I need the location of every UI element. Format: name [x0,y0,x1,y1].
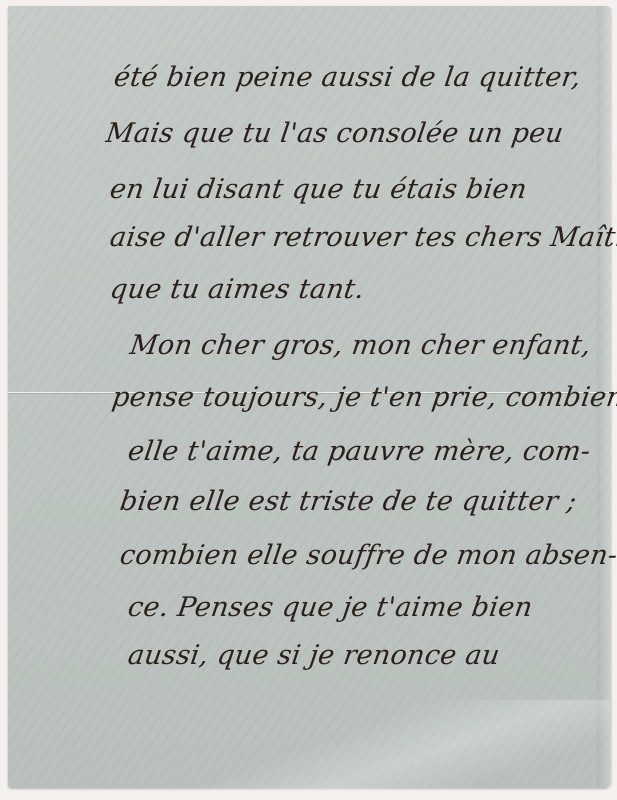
letter-line-7: pense toujours, je t'en prie, combien [110,382,617,413]
letter-line-1: été bien peine aussi de la quitter, [112,62,583,93]
letter-line-11: ce. Penses que je t'aime bien [126,592,535,623]
letter-line-3: en lui disant que tu étais bien [108,174,529,205]
letter-line-8: elle t'aime, ta pauvre mère, com- [126,436,593,467]
letter-line-4: aise d'aller retrouver tes chers Maîtres [108,222,617,253]
letter-line-5: que tu aimes tant. [108,274,366,305]
letter-body: été bien peine aussi de la quitter, Mais… [0,0,617,800]
letter-line-10: combien elle souffre de mon absen- [118,540,617,571]
letter-line-9: bien elle est triste de te quitter ; [118,486,579,517]
letter-line-6: Mon cher gros, mon cher enfant, [128,330,593,361]
letter-line-12: aussi, que si je renonce au [126,640,502,671]
letter-line-2: Mais que tu l'as consolée un peu [104,118,565,149]
